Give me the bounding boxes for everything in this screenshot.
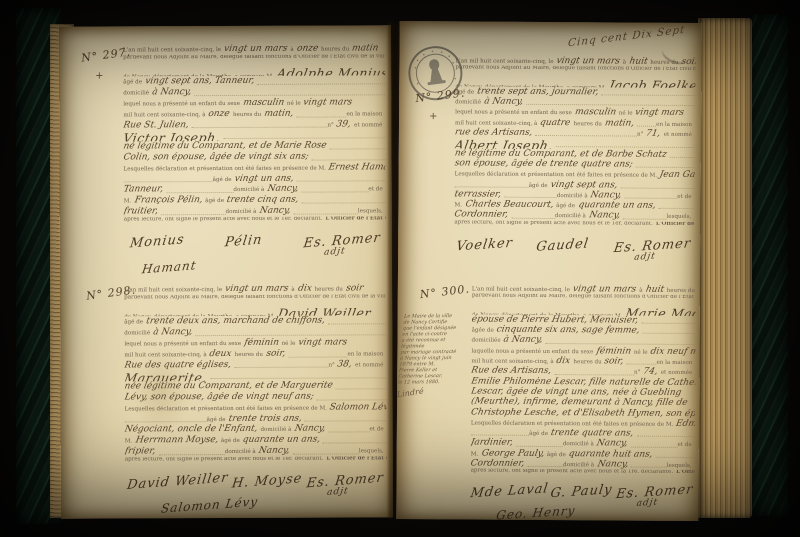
printed-form-text: laquelle nous a présenté un enfant du se… [471,349,593,355]
fill-rule [195,333,386,336]
fill-rule [194,93,385,96]
printed-form-text: âgé de [205,199,224,205]
handwritten-entry: Jean Gaudel, [659,170,695,180]
register-page-right: Cinq cent Dix Sept N° 299. + L'an mil hu… [396,21,701,521]
handwritten-entry: féminin [243,338,279,348]
handwritten-entry: dix [556,356,572,366]
printed-form-text: né le [287,102,301,108]
handwritten-entry: Adolphe Monius, [276,65,385,77]
printed-form-text: heures du [650,61,678,67]
printed-form-text: M. [454,203,462,209]
fill-rule [302,201,386,203]
handwritten-entry: soir [681,57,696,67]
signature: G. Pauly [550,482,614,501]
handwritten-entry: vingt un ans, [234,173,295,183]
handwritten-entry: Nancy, [267,184,300,194]
handwritten-entry: vingt mars [298,337,349,347]
printed-form-text: après lecture, ont signé le présent acte… [471,469,674,476]
fill-rule [625,197,678,199]
handwritten-entry: Lévy, son épouse, âgée de vingt neuf ans… [125,392,315,403]
printed-form-text: à [290,48,293,54]
handwritten-entry: trente quatre ans, [550,428,634,439]
signature-row-2: Salomon Lévy [161,498,291,513]
handwritten-entry: féminin [595,346,631,356]
handwritten-entry: Ernest Hamant, [328,162,385,172]
handwritten-entry: vingt un mars [223,44,288,54]
handwritten-entry: matin, [604,118,635,128]
fill-rule [601,94,695,97]
printed-form-text: L'Officier de l'État civil, [325,216,385,222]
fill-rule [504,196,557,198]
printed-form-text: L'an mil huit cent soixante-cinq, le [472,287,570,293]
handwritten-entry: deux [209,349,233,359]
printed-form-text: et de [678,443,692,449]
printed-form-text: n° [327,123,333,129]
signature: Hamant [141,258,197,276]
printed-form-text: à [623,61,626,67]
printed-form-text: mil huit cent soixante-cinq, à [124,353,206,359]
fill-rule [546,342,696,345]
handwritten-entry: trente trois ans, [228,413,303,423]
handwritten-entry: soir [345,283,364,293]
register-page-left: N° 297. + L'an mil huit cent soixante-ci… [59,25,393,518]
printed-form-text: mil huit cent soixante-cinq, à [455,121,537,127]
handwritten-entry: George Pauly, [480,448,544,458]
fill-rule [330,147,386,149]
fill-rule [471,434,529,436]
fill-rule [556,145,695,148]
handwritten-entry: à Nancy, [151,87,192,97]
fill-rule [627,363,657,365]
printed-form-text: âgé de [221,439,240,445]
fill-rule [234,366,328,368]
fill-rule [301,191,368,193]
handwritten-entry: terrassier, [454,189,501,199]
handwritten-entry: masculin [242,98,285,108]
fill-rule [554,373,634,376]
handwritten-entry: 38, [337,359,353,369]
handwritten-entry: Salomon Lévy, [329,402,386,412]
printed-form-text: M. [471,452,479,458]
handwritten-entry: cinquante six ans, sage femme, [496,325,641,336]
signature: Es. Romeradjt [614,482,695,510]
printed-form-text: à [639,289,642,295]
handwritten-entry: Rue St. Julien, [123,120,189,130]
handwritten-entry: Christophe Lesche, et d'Elisabeth Hymen,… [471,407,695,419]
handwritten-entry: Jardinier, [471,438,514,448]
printed-form-text: mil huit cent soixante-cinq, à [471,360,553,366]
printed-form-text: L'Officier de l'État civil, [676,470,695,476]
printed-form-text: âgé de [547,453,566,459]
signature: Es. Romeradjt [304,470,384,499]
handwritten-entry: trente deux ans, marchand de chiffons, [145,316,325,327]
handwritten-entry: dix [297,284,312,294]
printed-form-text: domiciliée [471,339,500,345]
handwritten-entry: trente cinq ans, [226,195,300,205]
printed-form-text: en la maison [656,361,692,367]
handwritten-entry: trente sept ans, journalier, [476,86,599,97]
handwritten-entry: Colin, son épouse, âgée de vingt six ans… [123,152,309,163]
handwritten-entry: à Nancy, [503,335,544,345]
printed-form-text: Lesquelles déclaration et présentation o… [125,406,327,412]
handwritten-entry: Rue des Artisans, [471,366,552,377]
handwritten-entry: Tanneur, [124,185,164,195]
handwritten-entry: quarante huit ans, [568,449,654,460]
fill-rule [328,431,369,433]
printed-form-text: en la maison [346,112,382,118]
fill-rule [641,322,696,324]
handwritten-entry: Jacob Foelker, [608,77,696,88]
signature: Monius [129,232,186,251]
handwritten-entry: François Pélin, [133,195,203,205]
fill-rule [125,420,207,422]
printed-form-text: domicilié à [557,194,588,200]
printed-form-text: après lecture, ont signé le présent acte… [124,216,323,222]
handwritten-entry: onze [296,44,319,54]
signature-row: MoniusPélinEs. Romeradjt [130,233,380,257]
signature-title: adjt [635,495,692,509]
printed-form-text: après lecture, ont signé le présent acte… [125,456,324,462]
fill-rule [623,217,667,219]
printed-form-text: en la maison [347,352,383,358]
handwritten-entry: Victor Joseph, [123,130,221,141]
signature: Geo. Henry [495,503,576,522]
handwritten-entry: Herrmann Moyse, [134,435,218,445]
fill-rule [323,441,387,443]
printed-form-text: M. [124,200,132,206]
birth-act-300: N° 300. Le Maire de la villede Nancy Cer… [396,283,700,521]
fill-rule [293,452,359,454]
signature-title: adjt [323,244,380,258]
printed-form-text: n° [634,371,640,377]
handwritten-entry: vingt un mars [224,284,289,294]
signature: Es. Romeradjt [301,230,381,259]
handwritten-entry: vingt sept ans, Tanneur, [144,76,255,86]
signature: David Weiller [126,470,229,493]
act-lines: L'an mil huit cent soixante-cinq, leving… [124,283,387,468]
signature: Voelker [455,236,514,255]
fill-rule [297,180,386,182]
printed-form-text: âgé de [123,81,142,87]
printed-form-text: Lesquelles déclaration et présentation o… [124,166,326,172]
handwritten-entry: matin, [263,108,294,118]
printed-form-text: après lecture, ont signé le présent acte… [454,220,653,227]
birth-act-298: N° 298. L'an mil huit cent soixante-cinq… [60,283,393,518]
printed-form-text: heures du [573,360,601,366]
handwritten-entry: Nancy, [258,446,291,456]
fill-rule [293,212,358,214]
handwritten-entry: vingt mars [303,97,354,107]
fill-rule [192,126,328,129]
fill-rule [161,213,226,215]
printed-form-text: heures du [233,113,261,119]
fill-rule [535,134,637,137]
handwritten-entry: à Nancy, [152,327,193,337]
printed-form-text: à [291,288,294,294]
printed-form-text: pardevant nous Adjoint au Maire, délégué… [455,66,695,73]
printed-form-text: domicilié à [225,450,256,456]
handwritten-entry: (Meurthe), infirme, demeurant à Nancy, f… [471,397,688,408]
fill-rule [670,156,695,158]
handwritten-entry: son épouse, âgée de trente quatre ans; [455,158,634,169]
printed-form-text: lesquels, [666,215,691,221]
printed-form-text: lequel nous a présenté un enfant du sexe [124,342,241,348]
fill-rule [511,216,555,218]
handwritten-entry: quarante un ans, [577,200,656,211]
fill-rule [166,191,233,193]
signature-row-2: Hamant [142,260,262,275]
printed-form-text: L'an mil huit cent soixante-cinq, le [124,288,222,294]
cross-mark: + [429,111,437,122]
cross-mark: + [95,71,103,82]
printed-form-text: lequel nous a présenté un enfant du sexe [123,102,240,108]
printed-form-text: heures du [235,353,263,359]
printed-form-text: domicilié [123,92,149,98]
fill-rule [223,136,385,139]
page-stack-right-edge [698,18,752,518]
printed-form-text: n° [637,133,643,139]
signature-title: adjt [633,249,690,263]
handwritten-entry: masculin [574,108,617,118]
handwritten-entry: née légitime du Comparant, et de Marguer… [124,381,333,392]
handwritten-entry: 71, [645,129,661,139]
act-lines: L'an mil huit cent soixante-cinq, leving… [123,43,386,228]
handwritten-entry: né légitime du Comparant, et de Marie Ro… [123,141,327,152]
printed-form-text: et de [368,188,382,194]
fill-rule [637,435,695,437]
printed-form-text: heures du [574,122,602,128]
handwritten-entry: Cordonnier, [471,459,526,469]
marginal-note: Le Maire de la villede Nancy Certifieque… [396,313,472,398]
signature: Pélin [224,232,264,250]
marginal-note-signature: Lindré [397,386,424,399]
printed-form-text: et nommé [354,123,382,129]
printed-form-text: âgé de [556,204,575,210]
book-cover-right [750,14,788,516]
printed-form-text: et de [369,428,383,434]
handwritten-entry: vingt un mars [572,284,637,294]
printed-form-text: âgé de [529,432,548,438]
printed-form-text: heures du [321,47,349,53]
printed-form-text: et nommé [664,133,692,139]
handwritten-entry: à Nancy, [483,97,524,107]
printed-form-text: lesquels, [359,449,384,455]
fill-rule [631,466,667,468]
birth-act-297: N° 297. + L'an mil huit cent soixante-ci… [59,25,392,276]
fill-rule [288,355,347,357]
printed-form-text: âgé de [529,183,548,189]
signature: Gaudel [535,236,590,254]
printed-form-text: lesquels, [667,464,692,470]
handwritten-entry: Marguerite, [124,370,208,381]
printed-form-text: mil huit cent soixante-cinq, à [123,113,205,119]
handwritten-entry: Nancy, [590,190,623,200]
handwritten-entry: Négociant, oncle de l'Enfant, [125,424,259,435]
handwritten-entry: fruitier, [124,206,159,216]
printed-form-text: pardevant nous Adjoint au Maire, délégué… [123,54,385,61]
printed-form-text: L'an mil huit cent soixante-cinq, le [123,48,221,54]
birth-act-299: N° 299. + L'an mil huit cent soixante-ci… [398,21,702,285]
printed-form-text: pardevant nous Adjoint au Maire, délégué… [472,294,696,301]
printed-form-text: n° [328,363,334,369]
handwritten-entry: 74, [643,367,659,377]
handwritten-entry: vingt mars [635,108,686,118]
printed-form-text: né le [619,112,633,118]
handwritten-entry: fille naturelle de Catherine [589,377,696,388]
fill-rule [631,445,678,447]
fill-rule [658,207,694,209]
handwritten-entry: vingt un mars [556,56,621,66]
printed-form-text: domicilié à [563,463,594,469]
handwritten-entry: matin [351,43,379,53]
printed-form-text: pardevant nous Adjoint au Maire, délégué… [124,294,386,301]
handwritten-entry: quatre [539,118,571,128]
handwritten-entry: soir, [265,349,286,359]
fill-rule [257,82,385,85]
printed-form-text: et nommé [355,363,383,369]
handwritten-entry: Nancy, [588,211,621,221]
handwritten-entry: vingt sept ans, [550,180,619,190]
fill-rule [527,465,563,467]
handwritten-entry: 39, [336,119,352,129]
printed-form-text: domicilié [455,101,481,107]
handwritten-entry: Edmond Geoffroy, [675,419,695,429]
signature: H. Moyse [231,471,303,491]
handwritten-entry: Nancy, [596,439,629,449]
printed-form-text: L'Officier de l'État civil, [326,456,386,462]
printed-form-text: lesquels, [358,209,383,215]
fill-rule [124,180,213,182]
handwritten-entry: Nancy, [294,424,327,434]
printed-form-text: domicilié à [563,443,594,449]
act-lines: L'an mil huit cent soixante-cinq, leving… [471,283,696,480]
printed-form-text: domicilié à [233,188,264,194]
fill-rule [656,456,695,458]
handwritten-entry: Cordonnier, [454,210,509,220]
handwritten-entry: huit [628,57,648,67]
handwritten-entry: Nancy, [596,459,629,469]
signature-row: VoelkerGaudelEs. Romeradjt [456,237,690,262]
fill-rule [455,185,529,188]
handwritten-entry: onze [208,109,231,119]
act-lines: L'an mil huit cent soixante-cinq, leving… [454,55,695,232]
fill-rule [312,158,386,160]
fill-rule [637,125,656,127]
printed-form-text: lequel nous a présenté un enfant du sexe [455,111,572,117]
fill-rule [317,398,387,400]
signature-row-2 [498,262,618,263]
handwritten-entry: quarante un ans, [242,435,321,445]
handwritten-entry: Emilie Philomène Lescar, [471,376,587,387]
printed-form-text: heures du [314,287,342,293]
fill-rule [328,322,386,324]
printed-form-text: L'Officier de l'État civil, [656,221,694,227]
fill-rule [516,445,563,447]
handwritten-entry: rue des Artisans, [455,127,533,138]
printed-form-text: et de [677,195,691,201]
signature: Es. Romeradjt [611,236,692,264]
signature: Salomon Lévy [160,494,259,515]
fill-rule [526,103,695,106]
signature-title: adjt [326,484,383,498]
fill-rule [296,115,346,117]
handwritten-entry: Charles Beaucourt, [464,200,554,211]
fill-rule [620,186,694,189]
handwritten-entry: huit [645,285,665,295]
fill-rule [643,332,696,334]
handwritten-entry: Nancy, [259,206,292,216]
printed-form-text: domicilié [124,332,150,338]
printed-form-text: âgé de [213,178,232,184]
printed-form-text: domicilié à [555,214,586,220]
handwritten-entry: Marie Madelaine Laval [624,305,696,316]
fill-rule [336,387,387,389]
printed-form-text: domicilié à [226,210,257,216]
printed-form-text: M. [125,440,133,446]
handwritten-entry: Rue des quatre églises, [124,360,232,370]
act-number: N° 300. [419,282,470,301]
printed-form-text: L'an mil huit cent soixante-cinq, le [455,59,553,65]
handwritten-entry: fripier, [125,446,157,456]
printed-form-text: né le [282,342,296,348]
handwritten-entry: dix neuf mars [650,346,696,356]
printed-form-text: né le [634,350,648,356]
printed-form-text: âgé de [124,321,143,327]
fill-rule [210,376,386,379]
fill-rule [636,166,695,168]
signature: Mde Laval [469,481,549,501]
printed-form-text: en la maison [656,123,692,129]
printed-form-text: âgée de [472,329,494,335]
signature-row: Mde LavalG. PaulyEs. Romeradjt [470,483,692,508]
fill-rule [305,420,387,422]
printed-form-text: domicilié à [260,428,291,434]
printed-form-text: et nommée [661,371,693,377]
handwritten-entry: soir, [604,356,625,366]
signature-row-2: Geo. Henry [496,506,596,521]
fill-rule [158,453,224,455]
register-photo: N° 297. + L'an mil huit cent soixante-ci… [0,0,800,537]
printed-form-text: âgé de [455,90,474,96]
printed-form-text: âgé de [207,418,226,424]
printed-form-text: heures du [667,289,695,295]
